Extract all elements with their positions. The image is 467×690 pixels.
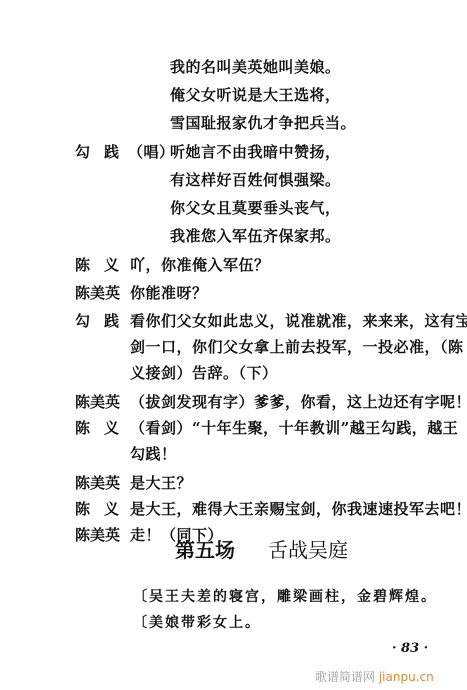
stage-direction: 〔吴王夫差的寝宫，雕梁画柱，金碧辉煌。 (133, 588, 437, 606)
dialogue-line: 吖，你准俺入军伍？ (130, 256, 270, 274)
speaker-name: 陈美英 (75, 284, 120, 302)
speaker-name: 勾践 (75, 312, 133, 330)
page-number: · 83 · (392, 641, 428, 656)
speaker-name: 陈义 (75, 256, 133, 274)
dialogue-line: 是大王？ (130, 474, 192, 492)
dialogue-line: （拔剑发现有字）爹爹，你看，这上边还有字呢！ (130, 393, 467, 411)
speaker-name: 陈义 (75, 419, 133, 437)
dialogue-line: 看你们父女如此忠义，说准就准，来来来，这有宝 (130, 312, 467, 330)
verse-line: 你父女且莫要垂头丧气， (170, 199, 341, 217)
verse-line: 有这样好百姓何惧强梁。 (170, 171, 341, 189)
scene-title: 舌战吴庭 (268, 538, 348, 562)
watermark: 歌谱简谱网 jianpu.cn (315, 668, 434, 685)
stage-direction: 〔美娘带彩女上。 (133, 614, 261, 632)
speaker-name: 陈美英 (75, 474, 120, 492)
dialogue-line: 你能准呀？ (130, 284, 208, 302)
dialogue-line: 剑一口，你们父女拿上前去投军，一投必准，（陈 (130, 338, 464, 356)
dialogue-line: 义接剑）告辞。（下） (130, 364, 278, 382)
verse-line: 听她言不由我暗中赞扬， (170, 143, 341, 161)
verse-line: 雪国耻报家仇才争把兵当。 (170, 114, 356, 132)
dialogue-line: 是大王，难得大王亲赐宝剑，你我速速投军去吧！ (130, 500, 467, 518)
watermark-site-name: 歌谱简谱网 (315, 670, 375, 684)
speaker-name: 陈美英 (75, 526, 120, 544)
stage-direction: （唱） (128, 143, 175, 161)
speaker-name: 陈美英 (75, 393, 120, 411)
dialogue-line: 勾践！ (130, 445, 177, 463)
speaker-name: 勾践 (75, 143, 133, 161)
dialogue-line: （看剑）“十年生聚，十年教训”越王勾践，越王 (130, 419, 458, 437)
speaker-name: 陈义 (75, 500, 133, 518)
watermark-url: jianpu.cn (379, 670, 434, 684)
verse-line: 我的名叫美英她叫美娘。 (170, 58, 341, 76)
verse-line: 俺父女听说是大王选将， (170, 86, 341, 104)
verse-line: 我准您入军伍齐保家邦。 (170, 227, 341, 245)
scene-number: 第五场 (175, 538, 235, 562)
